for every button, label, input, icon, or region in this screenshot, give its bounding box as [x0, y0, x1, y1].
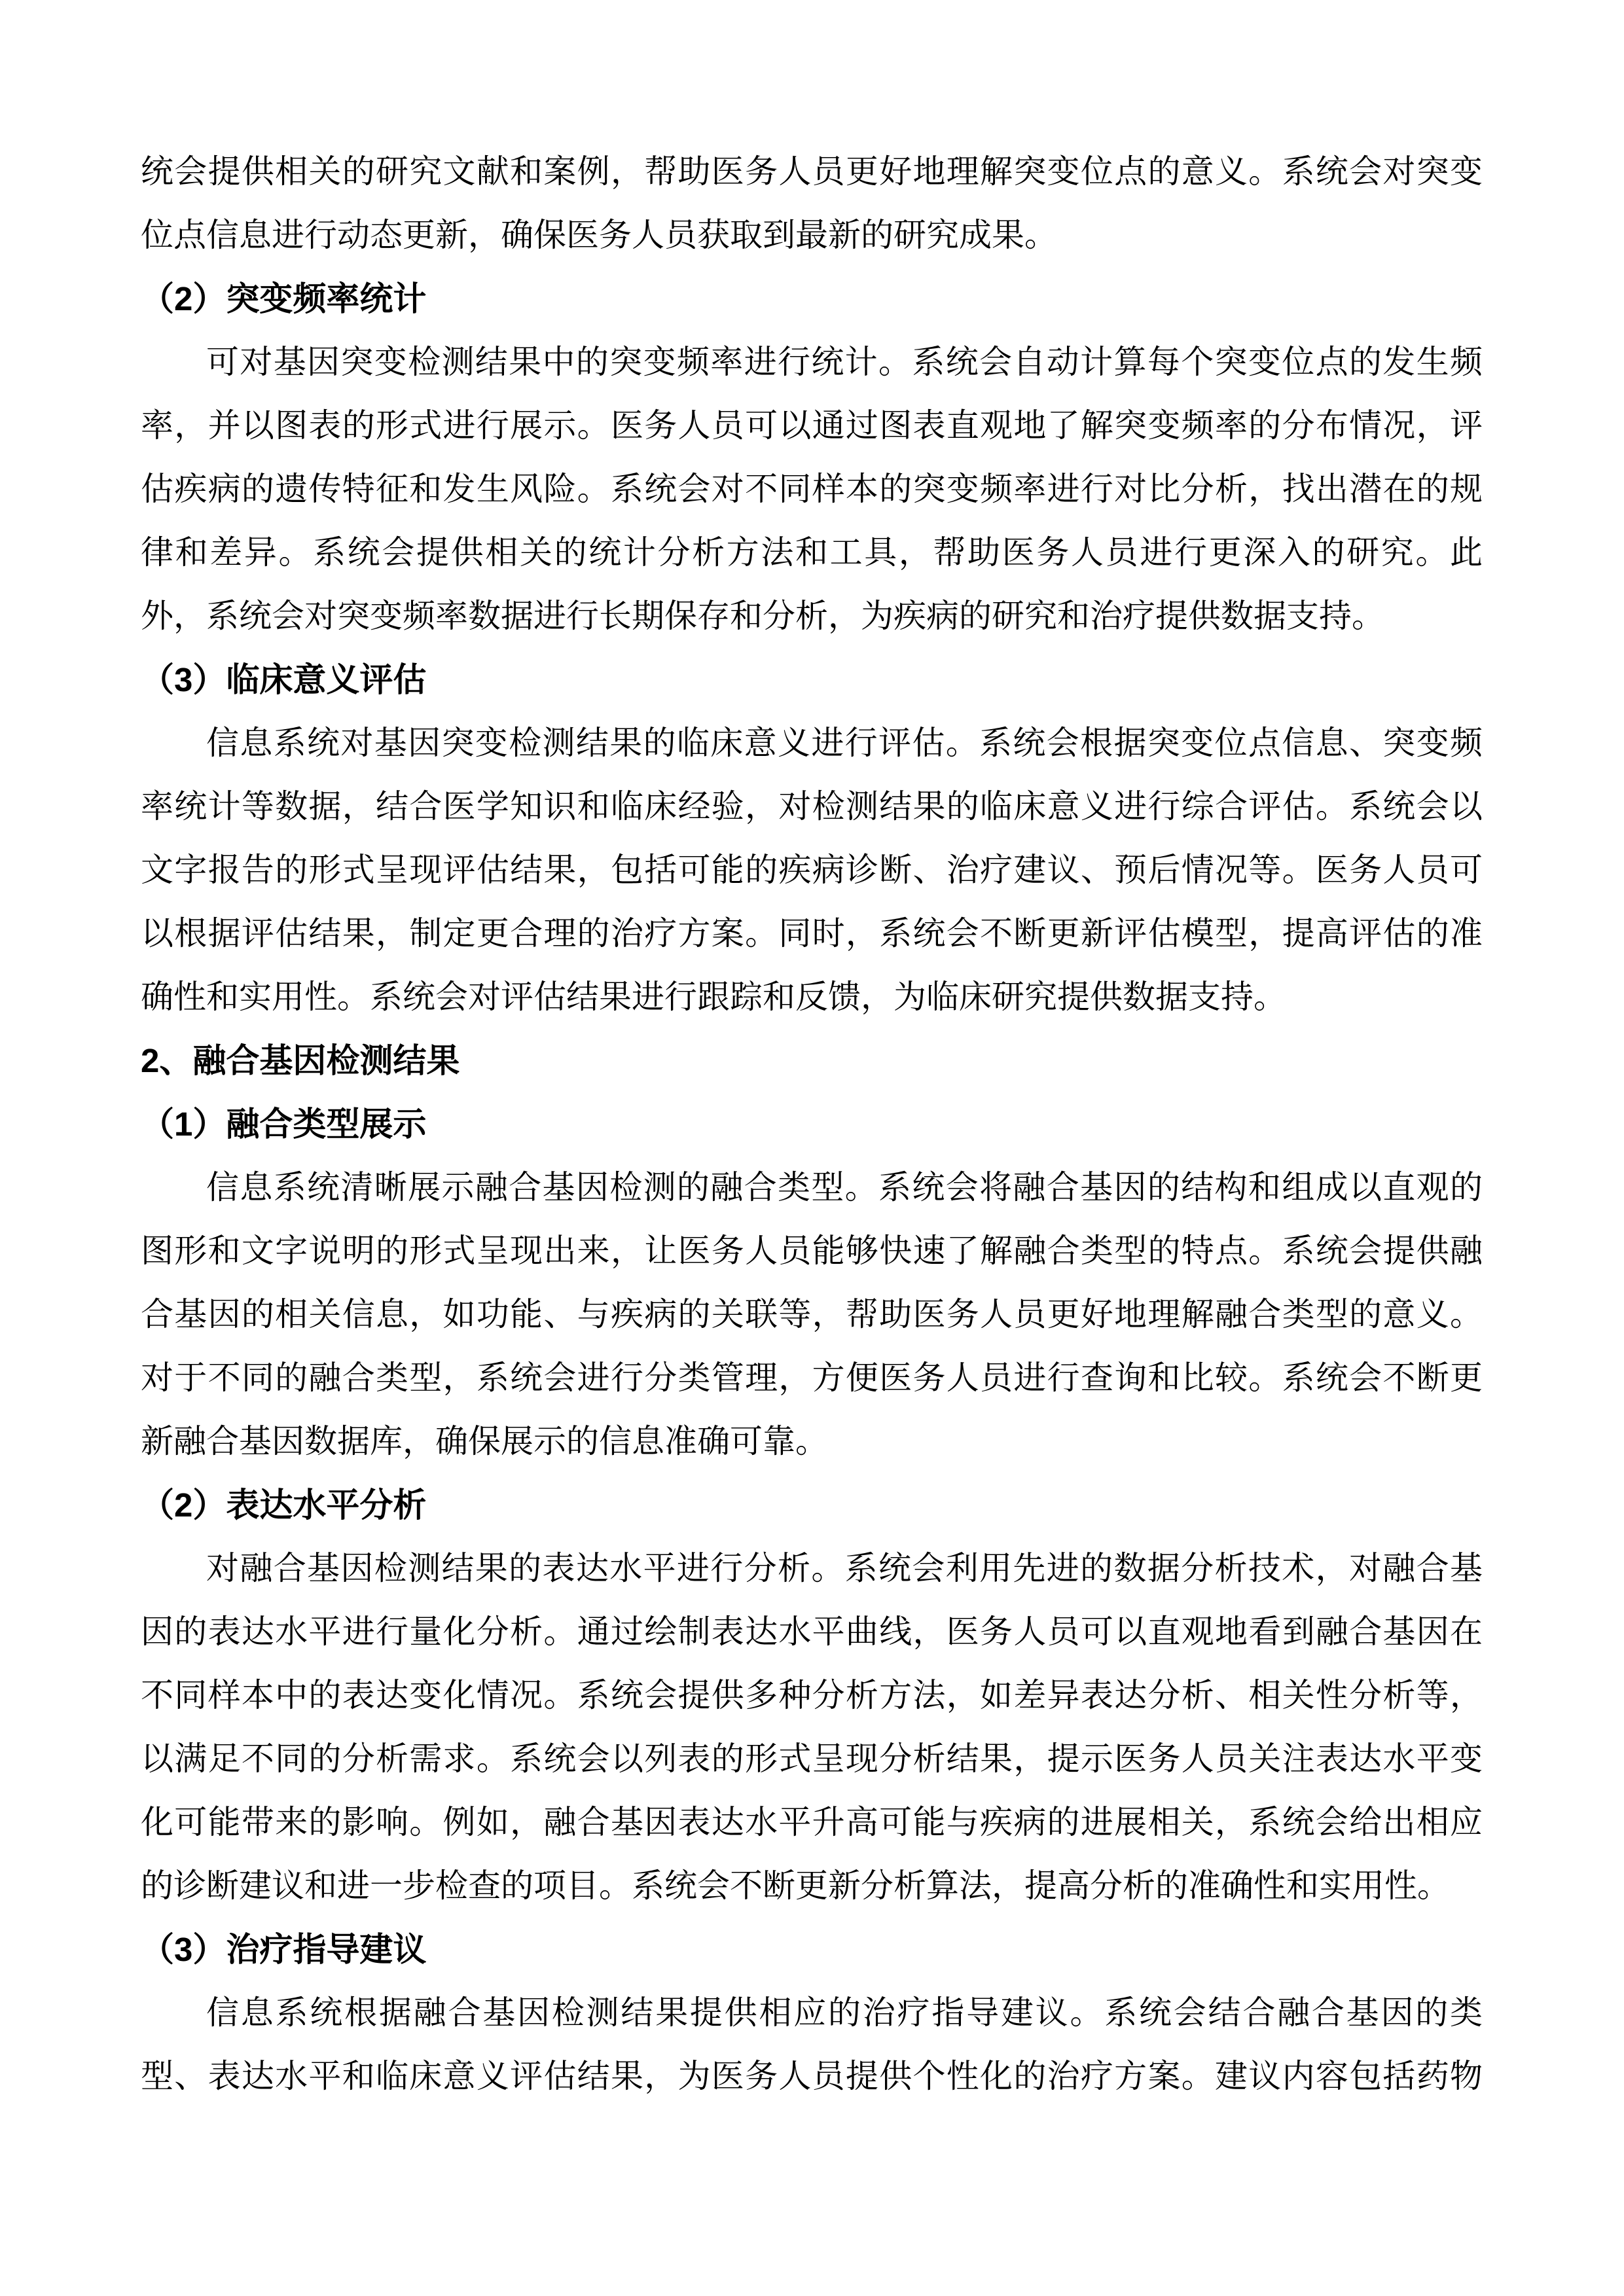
body-text-line: 率，并以图表的形式进行展示。医务人员可以通过图表直观地了解突变频率的分布情况，评: [141, 394, 1483, 457]
body-text-line: 信息系统根据融合基因检测结果提供相应的治疗指导建议。系统会结合融合基因的类: [141, 1981, 1483, 2045]
body-text-line: 对融合基因检测结果的表达水平进行分析。系统会利用先进的数据分析技术，对融合基: [141, 1537, 1483, 1600]
section-heading: （2）表达水平分析: [141, 1473, 1483, 1537]
body-text-line: 律和差异。系统会提供相关的统计分析方法和工具，帮助医务人员进行更深入的研究。此: [141, 521, 1483, 584]
body-text-line: 新融合基因数据库，确保展示的信息准确可靠。: [141, 1410, 1483, 1473]
body-text-line: 可对基因突变检测结果中的突变频率进行统计。系统会自动计算每个突变位点的发生频: [141, 331, 1483, 394]
body-text-line: 以满足不同的分析需求。系统会以列表的形式呈现分析结果，提示医务人员关注表达水平变: [141, 1727, 1483, 1791]
body-text-line: 信息系统对基因突变检测结果的临床意义进行评估。系统会根据突变位点信息、突变频: [141, 711, 1483, 775]
body-text-line: 外，系统会对突变频率数据进行长期保存和分析，为疾病的研究和治疗提供数据支持。: [141, 584, 1483, 648]
section-heading: （1）融合类型展示: [141, 1092, 1483, 1156]
body-text-line: 统会提供相关的研究文献和案例，帮助医务人员更好地理解突变位点的意义。系统会对突变: [141, 140, 1483, 204]
body-text-line: 率统计等数据，结合医学知识和临床经验，对检测结果的临床意义进行综合评估。系统会以: [141, 775, 1483, 838]
document-text-block: 统会提供相关的研究文献和案例，帮助医务人员更好地理解突变位点的意义。系统会对突变…: [141, 140, 1483, 2108]
section-heading: （3）临床意义评估: [141, 648, 1483, 711]
body-text-line: 不同样本中的表达变化情况。系统会提供多种分析方法，如差异表达分析、相关性分析等，: [141, 1664, 1483, 1727]
body-text-line: 化可能带来的影响。例如，融合基因表达水平升高可能与疾病的进展相关，系统会给出相应: [141, 1791, 1483, 1854]
body-text-line: 信息系统清晰展示融合基因检测的融合类型。系统会将融合基因的结构和组成以直观的: [141, 1156, 1483, 1219]
section-heading: （3）治疗指导建议: [141, 1918, 1483, 1981]
body-text-line: 型、表达水平和临床意义评估结果，为医务人员提供个性化的治疗方案。建议内容包括药物: [141, 2045, 1483, 2108]
body-text-line: 合基因的相关信息，如功能、与疾病的关联等，帮助医务人员更好地理解融合类型的意义。: [141, 1283, 1483, 1346]
section-heading: （2）突变频率统计: [141, 267, 1483, 331]
body-text-line: 的诊断建议和进一步检查的项目。系统会不断更新分析算法，提高分析的准确性和实用性。: [141, 1854, 1483, 1918]
body-text-line: 对于不同的融合类型，系统会进行分类管理，方便医务人员进行查询和比较。系统会不断更: [141, 1346, 1483, 1410]
document-page: 统会提供相关的研究文献和案例，帮助医务人员更好地理解突变位点的意义。系统会对突变…: [0, 0, 1624, 2296]
body-text-line: 确性和实用性。系统会对评估结果进行跟踪和反馈，为临床研究提供数据支持。: [141, 965, 1483, 1029]
body-text-line: 以根据评估结果，制定更合理的治疗方案。同时，系统会不断更新评估模型，提高评估的准: [141, 902, 1483, 965]
body-text-line: 因的表达水平进行量化分析。通过绘制表达水平曲线，医务人员可以直观地看到融合基因在: [141, 1600, 1483, 1664]
body-text-line: 图形和文字说明的形式呈现出来，让医务人员能够快速了解融合类型的特点。系统会提供融: [141, 1219, 1483, 1283]
body-text-line: 文字报告的形式呈现评估结果，包括可能的疾病诊断、治疗建议、预后情况等。医务人员可: [141, 838, 1483, 902]
body-text-line: 位点信息进行动态更新，确保医务人员获取到最新的研究成果。: [141, 204, 1483, 267]
section-heading: 2、融合基因检测结果: [141, 1029, 1483, 1092]
body-text-line: 估疾病的遗传特征和发生风险。系统会对不同样本的突变频率进行对比分析，找出潜在的规: [141, 457, 1483, 521]
